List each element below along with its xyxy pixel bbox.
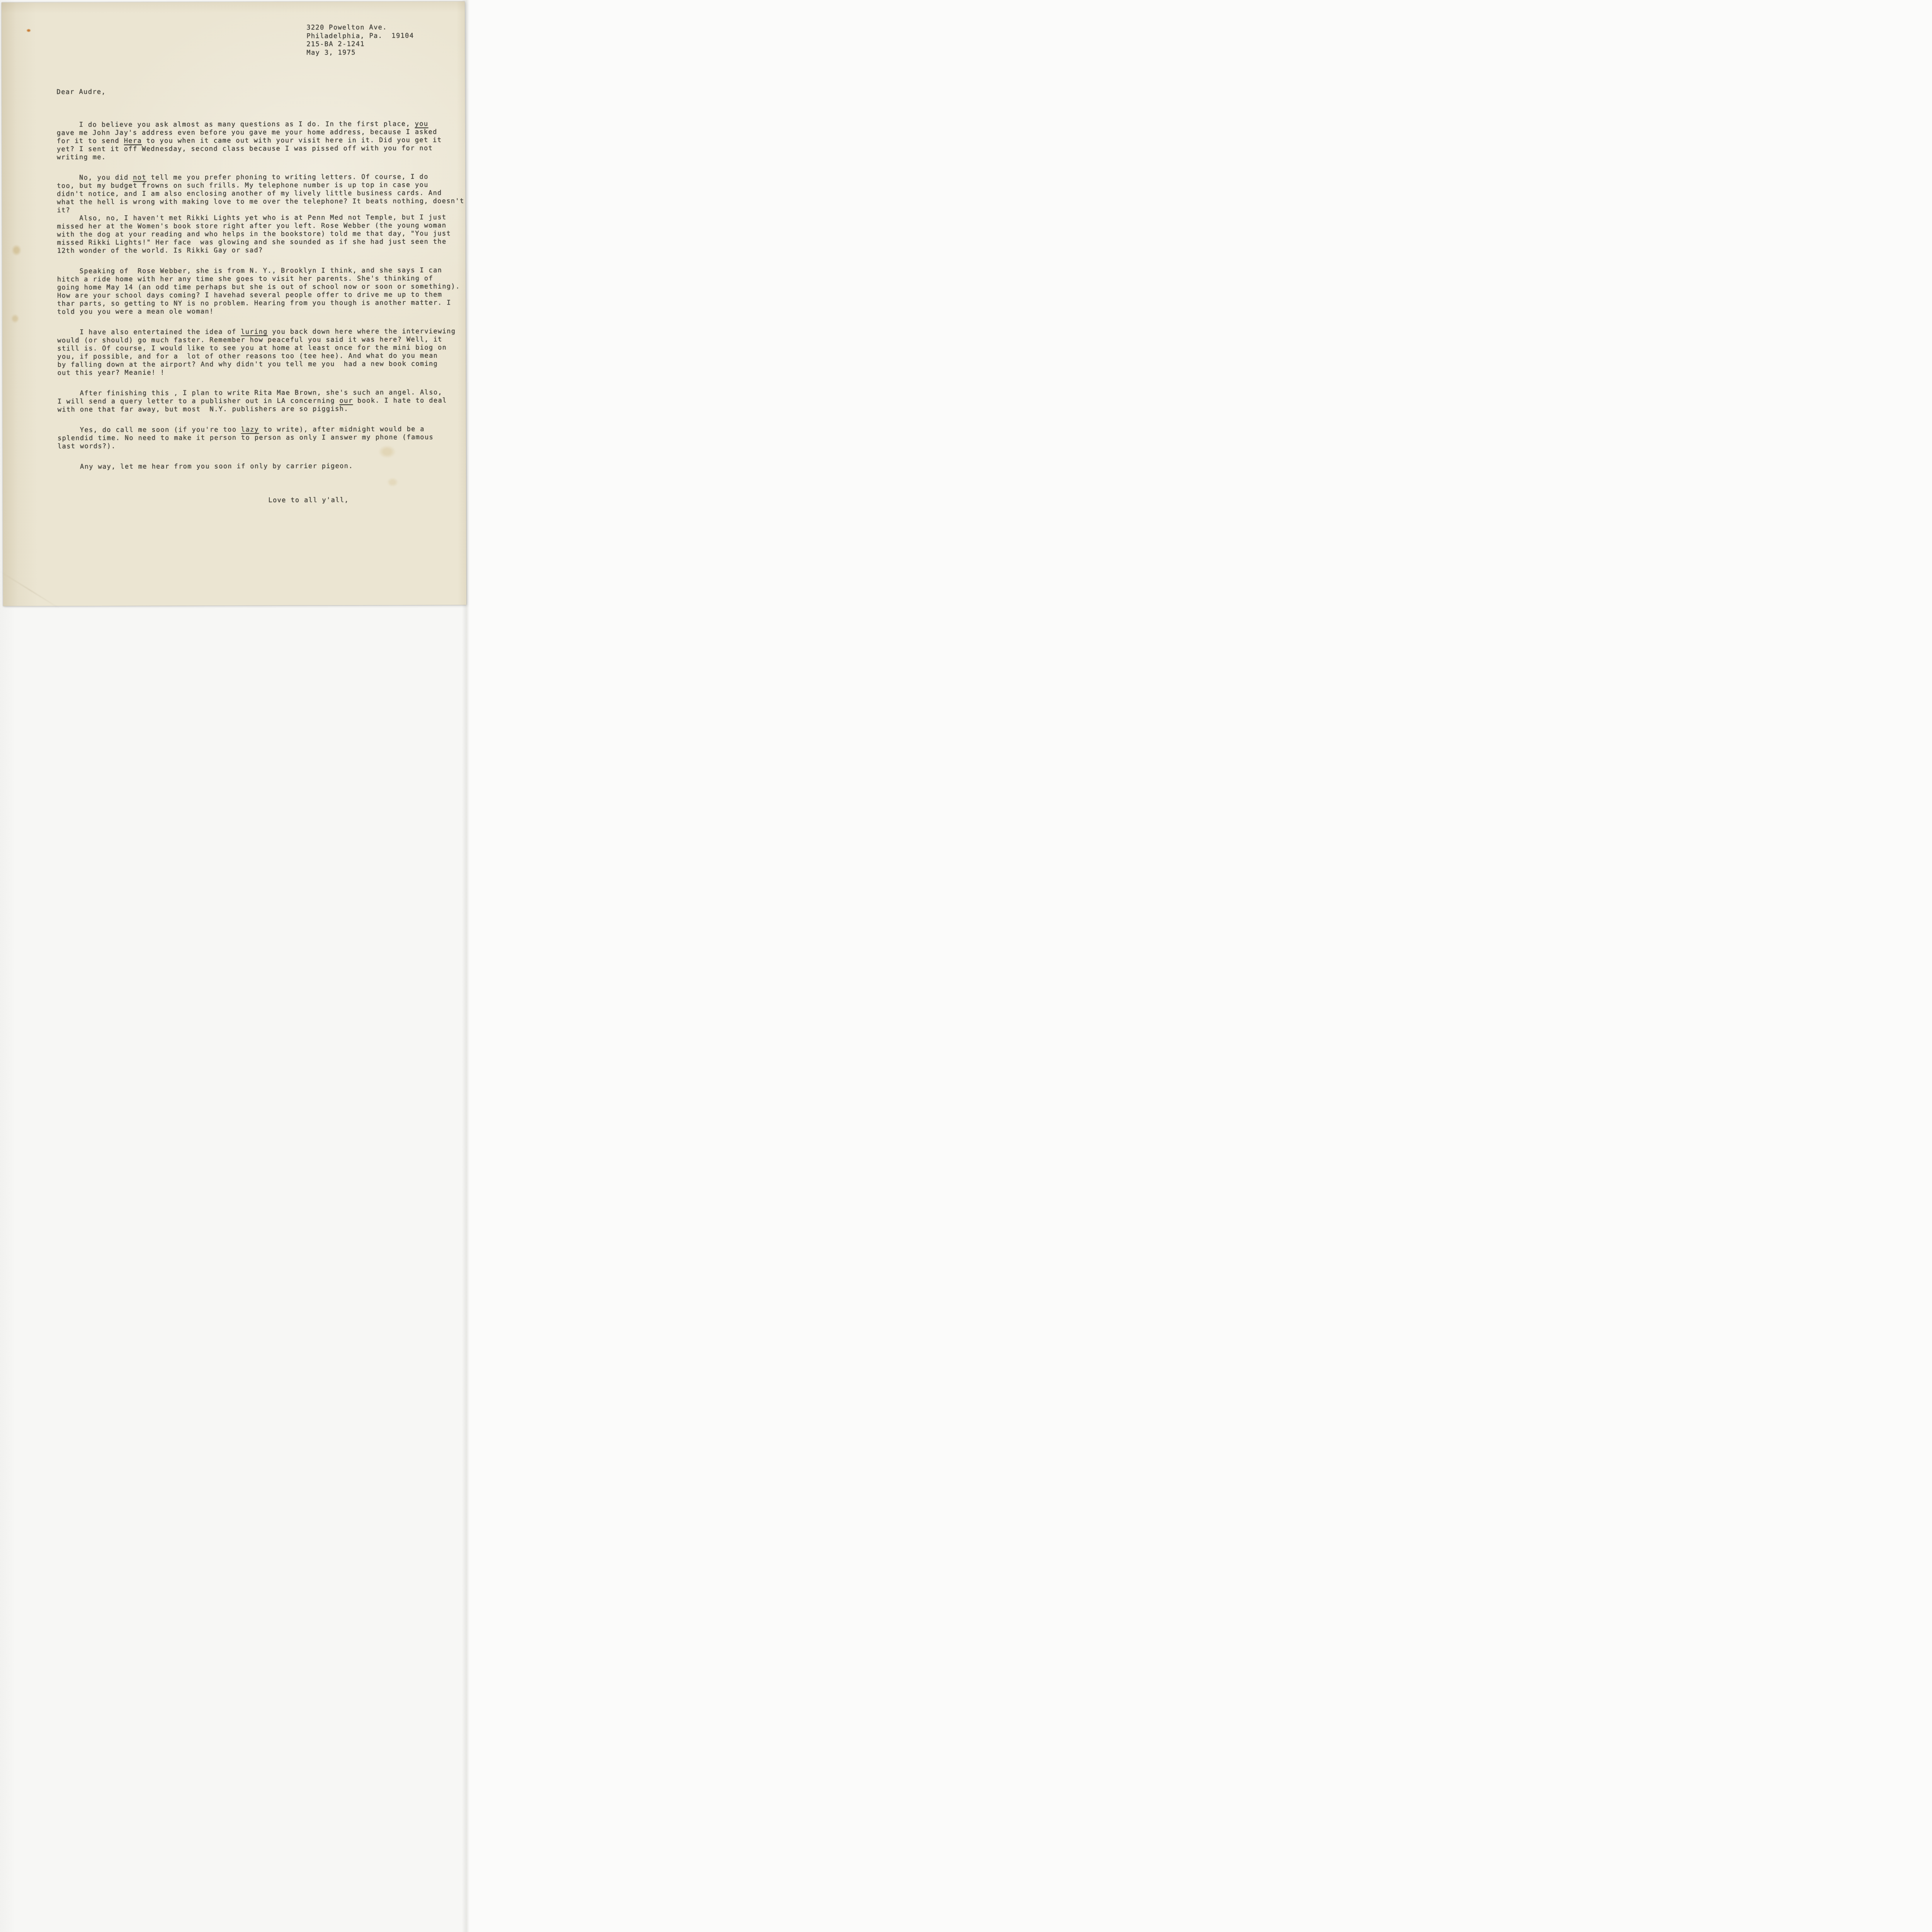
sender-address-block: 3220 Powelton Ave.Philadelphia, Pa. 1910… xyxy=(306,24,414,57)
paper-crease xyxy=(0,571,62,608)
text-run: Any way, let me hear from you soon if on… xyxy=(58,462,353,471)
text-run: you, if possible, and for a lot of other… xyxy=(57,352,438,361)
letter-line: by falling down at the airport? And why … xyxy=(57,360,464,369)
text-run: missed her at the Women's book store rig… xyxy=(57,222,446,231)
text-run: Speaking of Rose Webber, she is from N. … xyxy=(57,267,442,276)
letter-line: After finishing this , I plan to write R… xyxy=(58,388,465,398)
underlined-text: Hera xyxy=(124,137,142,145)
letter-line: How are your school days coming? I haveh… xyxy=(57,291,464,300)
underlined-text: lazy xyxy=(241,426,259,434)
letter-line: yet? I sent it off Wednesday, second cla… xyxy=(57,144,464,153)
letter-line: I have also entertained the idea of luri… xyxy=(57,327,464,337)
text-run: How are your school days coming? I haveh… xyxy=(57,291,442,300)
letter-line: what the hell is wrong with making love … xyxy=(57,197,464,206)
text-run: I will send a query letter to a publishe… xyxy=(58,397,340,405)
sender-line: 215-BA 2-1241 xyxy=(306,40,414,49)
sender-line: May 3, 1975 xyxy=(306,48,414,57)
scanned-letter-page: { "scan": { "paper_color": "#ebe5d2", "i… xyxy=(0,0,476,608)
letter-line: told you you were a mean ole woman! xyxy=(57,307,464,316)
letter-line: writing me. xyxy=(57,152,464,162)
letter-line: Any way, let me hear from you soon if on… xyxy=(58,462,465,471)
letter-body: Dear Audre, I do believe you ask almost … xyxy=(56,71,465,521)
paragraph: After finishing this , I plan to write R… xyxy=(58,388,465,414)
letter-line: splendid time. No need to make it person… xyxy=(58,433,465,442)
text-run: missed Rikki Lights!" Her face was glowi… xyxy=(57,238,447,247)
text-run: I do believe you ask almost as many ques… xyxy=(57,120,415,129)
letter-line: out this year? Meanie! ! xyxy=(57,368,464,377)
letter-line: didn't notice, and I am also enclosing a… xyxy=(57,189,464,198)
text-run: to you when it came out with your visit … xyxy=(142,136,442,145)
text-run: too, but my budget frowns on such frills… xyxy=(57,181,429,190)
letter-line: Yes, do call me soon (if you're too lazy… xyxy=(58,425,465,434)
letter-line: I do believe you ask almost as many ques… xyxy=(57,120,464,129)
text-run: gave me John Jay's address even before y… xyxy=(57,128,437,137)
text-run: I have also entertained the idea of xyxy=(57,328,241,336)
letter-line: with the dog at your reading and who hel… xyxy=(57,230,464,239)
letter-line: going home May 14 (an odd time perhaps b… xyxy=(57,282,464,292)
letter-line: you, if possible, and for a lot of other… xyxy=(57,352,464,361)
letter-line: gave me John Jay's address even before y… xyxy=(57,128,464,137)
letter-paragraphs: I do believe you ask almost as many ques… xyxy=(57,120,465,471)
letter-line: missed Rikki Lights!" Her face was glowi… xyxy=(57,238,464,247)
paragraph: Also, no, I haven't met Rikki Lights yet… xyxy=(57,213,464,255)
paragraph: Any way, let me hear from you soon if on… xyxy=(58,462,465,471)
underlined-text: our xyxy=(339,397,353,405)
text-run: still is. Of course, I would like to see… xyxy=(57,344,447,353)
text-run: out this year? Meanie! ! xyxy=(57,369,165,377)
text-run: After finishing this , I plan to write R… xyxy=(58,389,442,398)
paper-stain xyxy=(11,314,19,323)
letter-line: missed her at the Women's book store rig… xyxy=(57,221,464,231)
text-run: Also, no, I haven't met Rikki Lights yet… xyxy=(57,214,446,223)
orange-ink-stain xyxy=(26,29,31,32)
underlined-text: you xyxy=(415,120,429,128)
text-run: splendid time. No need to make it person… xyxy=(58,434,434,442)
letter-line: Also, no, I haven't met Rikki Lights yet… xyxy=(57,213,464,223)
letter-paper: 3220 Powelton Ave.Philadelphia, Pa. 1910… xyxy=(2,1,466,606)
text-run: going home May 14 (an odd time perhaps b… xyxy=(57,282,460,291)
text-run: to write), after midnight would be a xyxy=(259,425,425,434)
text-run: with the dog at your reading and who hel… xyxy=(57,230,451,239)
letter-line: No, you did not tell me you prefer phoni… xyxy=(57,173,464,182)
letter-line: 12th wonder of the world. Is Rikki Gay o… xyxy=(57,246,464,255)
paragraph: I do believe you ask almost as many ques… xyxy=(57,120,464,162)
paper-stain xyxy=(12,244,22,256)
closing: Love to all y'all, xyxy=(268,496,465,504)
text-run: with one that far away, but most N.Y. pu… xyxy=(58,405,349,413)
letter-line: hitch a ride home with her any time she … xyxy=(57,274,464,284)
underlined-text: luring xyxy=(241,328,268,336)
text-run: what the hell is wrong with making love … xyxy=(57,197,464,206)
text-run: book. I hate to deal xyxy=(353,397,447,405)
text-run: Yes, do call me soon (if you're too xyxy=(58,426,241,434)
paragraph: No, you did not tell me you prefer phoni… xyxy=(57,173,464,214)
text-run: didn't notice, and I am also enclosing a… xyxy=(57,189,442,198)
text-run: 12th wonder of the world. Is Rikki Gay o… xyxy=(57,247,263,255)
text-run: told you you were a mean ole woman! xyxy=(57,308,214,316)
sender-line: 3220 Powelton Ave. xyxy=(306,24,414,32)
text-run: tell me you prefer phoning to writing le… xyxy=(146,173,429,182)
text-run: thar parts, so getting to NY is no probl… xyxy=(57,299,451,308)
text-run: it? xyxy=(57,206,70,214)
text-run: writing me. xyxy=(57,153,106,161)
text-run: No, you did xyxy=(57,174,133,182)
text-run: you back down here where the interviewin… xyxy=(268,327,456,335)
text-run: for it to send xyxy=(57,137,124,145)
letter-line: thar parts, so getting to NY is no probl… xyxy=(57,299,464,308)
letter-line: I will send a query letter to a publishe… xyxy=(58,396,465,406)
paragraph: Yes, do call me soon (if you're too lazy… xyxy=(58,425,465,451)
underlined-text: not xyxy=(133,174,146,182)
text-run: would (or should) go much faster. Rememb… xyxy=(57,336,442,345)
letter-line: with one that far away, but most N.Y. pu… xyxy=(58,405,465,414)
letter-line: last words?). xyxy=(58,441,465,451)
paragraph: Speaking of Rose Webber, she is from N. … xyxy=(57,266,465,316)
letter-line: would (or should) go much faster. Rememb… xyxy=(57,335,464,345)
sender-line: Philadelphia, Pa. 19104 xyxy=(306,32,414,40)
salutation: Dear Audre, xyxy=(57,87,464,96)
text-run: last words?). xyxy=(58,442,116,450)
letter-line: still is. Of course, I would like to see… xyxy=(57,344,464,353)
letter-line: it? xyxy=(57,205,464,214)
letter-line: Speaking of Rose Webber, she is from N. … xyxy=(57,266,464,276)
text-run: by falling down at the airport? And why … xyxy=(57,360,438,369)
text-run: hitch a ride home with her any time she … xyxy=(57,275,433,284)
text-run: yet? I sent it off Wednesday, second cla… xyxy=(57,145,433,153)
letter-line: too, but my budget frowns on such frills… xyxy=(57,181,464,190)
paragraph: I have also entertained the idea of luri… xyxy=(57,327,465,377)
letter-line: for it to send Hera to you when it came … xyxy=(57,136,464,145)
